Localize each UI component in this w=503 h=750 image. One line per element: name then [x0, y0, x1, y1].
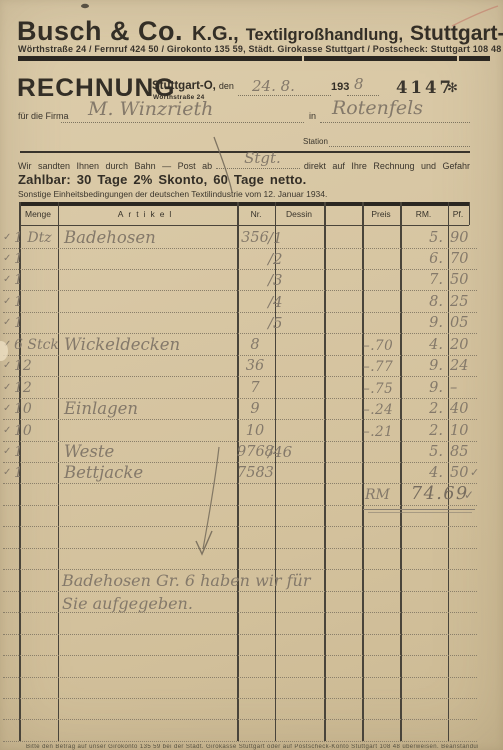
row-4-rm: 8. [397, 294, 447, 310]
row-6-pf: 20 [450, 337, 468, 353]
conditions-note: Sonstige Einheitsbedingungen der deutsch… [18, 189, 327, 199]
total-underline-1 [363, 509, 475, 510]
row-12-artikel: Bettjacke [64, 463, 143, 482]
col-header-preis: Preis [362, 209, 400, 219]
letterhead-address: Wörthstraße 24 / Fernruf 424 50 / Giroko… [18, 44, 490, 54]
city-handwriting: Rotenfels [332, 97, 423, 119]
row-2-pf: 70 [450, 251, 468, 267]
row-8-preis: –.75 [363, 381, 393, 397]
letterhead-rule-1 [18, 56, 302, 61]
row-7-pf: 24 [450, 358, 468, 374]
table-dotted-line [3, 504, 477, 506]
row-8-nr: 7 [237, 380, 273, 396]
table-vline-right [469, 202, 471, 225]
place-label: Stuttgart-O, [152, 80, 216, 92]
table-vline-7 [448, 202, 450, 741]
table-dotted-line [3, 268, 477, 270]
firma-label: für die Firma [18, 111, 69, 121]
year-dotted-leader [347, 94, 379, 96]
shipping-line: Wir sandten Ihnen durch Bahn — Post ab S… [18, 158, 470, 171]
company-name: Busch & Co. [17, 16, 183, 47]
station-label: Station [303, 137, 328, 146]
invoice-page: Busch & Co. K.G., Textilgroßhandlung, St… [0, 0, 503, 750]
table-dotted-line [3, 289, 477, 291]
table-vline-1 [58, 202, 60, 741]
table-dotted-line [3, 697, 477, 699]
col-header-nr: Nr. [237, 209, 275, 219]
row-5-menge: 1 [14, 315, 23, 331]
row-7-rm: 9. [397, 358, 447, 374]
col-header-rm: RM. [400, 209, 447, 219]
table-dotted-line [3, 633, 477, 635]
letterhead: Busch & Co. K.G., Textilgroßhandlung, St… [17, 16, 495, 47]
firma-name-handwriting: M. Winzrieth [88, 98, 213, 120]
date-handwriting: 24. 8. [252, 77, 295, 95]
row-12-menge: 1 [14, 465, 23, 481]
row-9-rm: 2. [397, 401, 447, 417]
year-handwriting: 8 [354, 75, 364, 93]
row-7-nr: 36 [237, 358, 273, 374]
table-dotted-line [3, 654, 477, 656]
table-vline-5 [362, 202, 364, 741]
payment-terms: Zahlbar: 30 Tage 2% Skonto, 60 Tage nett… [18, 172, 306, 187]
company-kg: K.G., [192, 23, 239, 46]
row-11-artikel: Weste [64, 442, 114, 461]
row-5-pf: 05 [450, 315, 468, 331]
row-3-check: ✓ [3, 274, 11, 285]
table-dotted-line [3, 482, 477, 484]
letterhead-rule-2 [304, 56, 457, 61]
table-top-bar [19, 202, 469, 206]
row-10-pf: 10 [450, 423, 468, 439]
row-3-pf: 50 [450, 272, 468, 288]
row-12-pf: 50 [450, 465, 468, 481]
note-line-1: Badehosen Gr. 6 haben wir für [62, 571, 311, 590]
row-1-menge: 1 Dtz [14, 230, 52, 246]
row-10-rm: 2. [397, 423, 447, 439]
row-8-rm: 9. [397, 380, 447, 396]
col-header-pf: Pf. [447, 209, 469, 219]
row-6-rm: 4. [397, 337, 447, 353]
row-4-menge: 1 [14, 294, 23, 310]
den-label: den [219, 81, 234, 91]
row-1-rm: 5. [397, 230, 447, 246]
row-7-check: ✓ [3, 360, 11, 371]
row-9-nr: 9 [237, 401, 273, 417]
row-9-artikel: Einlagen [64, 399, 138, 418]
col-header-artikel: Artikel [57, 209, 237, 219]
in-label: in [309, 111, 316, 121]
row-7-menge: 12 [14, 358, 32, 374]
row-10-menge: 10 [14, 423, 32, 439]
row-1-artikel: Badehosen [64, 228, 156, 247]
row-3-menge: 1 [14, 272, 23, 288]
row-10-preis: –.21 [363, 424, 393, 440]
row-12-pf-check: ✓ [470, 466, 479, 479]
table-dotted-line [3, 311, 477, 313]
total-currency-handwriting: RM [365, 487, 390, 503]
row-6-menge: 6 Stck [14, 337, 59, 353]
row-2-check: ✓ [3, 253, 11, 264]
row-2-dessin: /2 [268, 250, 283, 268]
row-2-menge: 1 [14, 251, 23, 267]
footer-fineprint: Bitte den Betrag auf unser Girokonto 135… [26, 744, 478, 750]
row-11-pf: 85 [450, 444, 468, 460]
row-9-menge: 10 [14, 401, 32, 417]
row-4-check: ✓ [3, 296, 11, 307]
row-6-preis: –.70 [363, 338, 393, 354]
total-underline-2 [368, 512, 472, 513]
row-5-rm: 9. [397, 315, 447, 331]
shipping-text-right: direkt auf Ihre Rechnung und Gefahr [304, 161, 470, 171]
row-12-nr: 7583 [237, 465, 273, 481]
table-dotted-line [3, 718, 477, 720]
place-date-label: Stuttgart-O,den [152, 80, 234, 92]
row-8-check: ✓ [3, 382, 11, 393]
row-6-artikel: Wickeldecken [64, 335, 180, 354]
table-dotted-line [3, 740, 477, 742]
table-vline-4 [324, 202, 326, 741]
row-3-rm: 7. [397, 272, 447, 288]
row-3-dessin: /3 [268, 271, 283, 289]
note-line-2: Sie aufgegeben. [62, 594, 193, 613]
table-dotted-line [3, 547, 477, 549]
row-5-dessin: /5 [268, 314, 283, 332]
row-11-menge: 1 [14, 444, 23, 460]
col-header-dessin: Dessin [274, 209, 324, 219]
row-9-preis: –.24 [363, 402, 393, 418]
row-10-check: ✓ [3, 425, 11, 436]
table-dotted-line [3, 525, 477, 527]
row-6-check: ✓ [3, 339, 11, 350]
row-1-check: ✓ [3, 232, 11, 243]
row-12-rm: 4. [397, 465, 447, 481]
row-8-pf: – [450, 380, 457, 396]
row-11-rm: 5. [397, 444, 447, 460]
table-dotted-line [3, 568, 477, 570]
row-2-rm: 6. [397, 251, 447, 267]
row-4-dessin: /4 [268, 293, 283, 311]
row-8-menge: 12 [14, 380, 32, 396]
scan-speck [81, 4, 89, 8]
shipping-dotted-leader: Stgt. [216, 158, 300, 169]
row-7-preis: –.77 [363, 359, 393, 375]
table-header-underline [19, 225, 469, 226]
firma-dotted-leader [61, 121, 304, 123]
col-header-menge: Menge [19, 209, 57, 219]
row-6-nr: 8 [237, 337, 273, 353]
total-amount-handwriting: 74.69 [411, 484, 469, 504]
row-11-dessin: /46 [268, 443, 292, 461]
station-dotted-leader [329, 145, 470, 147]
invoice-number-mark: ✻ [447, 80, 458, 96]
row-1-dessin: /1 [268, 229, 283, 247]
row-9-check: ✓ [3, 403, 11, 414]
table-dotted-line [3, 418, 477, 420]
year-printed: 193 [331, 81, 349, 93]
pen-checkmark [196, 531, 212, 554]
row-1-pf: 90 [450, 230, 468, 246]
table-dotted-line [3, 247, 477, 249]
row-12-check: ✓ [3, 467, 11, 478]
city-dotted-leader [320, 121, 470, 123]
table-dotted-line [3, 354, 477, 356]
row-10-nr: 10 [237, 423, 273, 439]
company-city: Stuttgart-O [410, 22, 503, 46]
row-11-check: ✓ [3, 446, 11, 457]
total-checkmark: ✓ [464, 488, 474, 502]
letterhead-rule-3 [459, 56, 490, 61]
shipping-handwriting: Stgt. [244, 149, 281, 167]
row-5-check: ✓ [3, 317, 11, 328]
shipping-text-left: Wir sandten Ihnen durch Bahn — Post ab [18, 161, 212, 171]
table-dotted-line [3, 375, 477, 377]
row-4-pf: 25 [450, 294, 468, 310]
company-branch: Textilgroßhandlung, [246, 26, 403, 45]
invoice-number: 4147 [396, 78, 454, 97]
row-9-pf: 40 [450, 401, 468, 417]
table-dotted-line [3, 676, 477, 678]
